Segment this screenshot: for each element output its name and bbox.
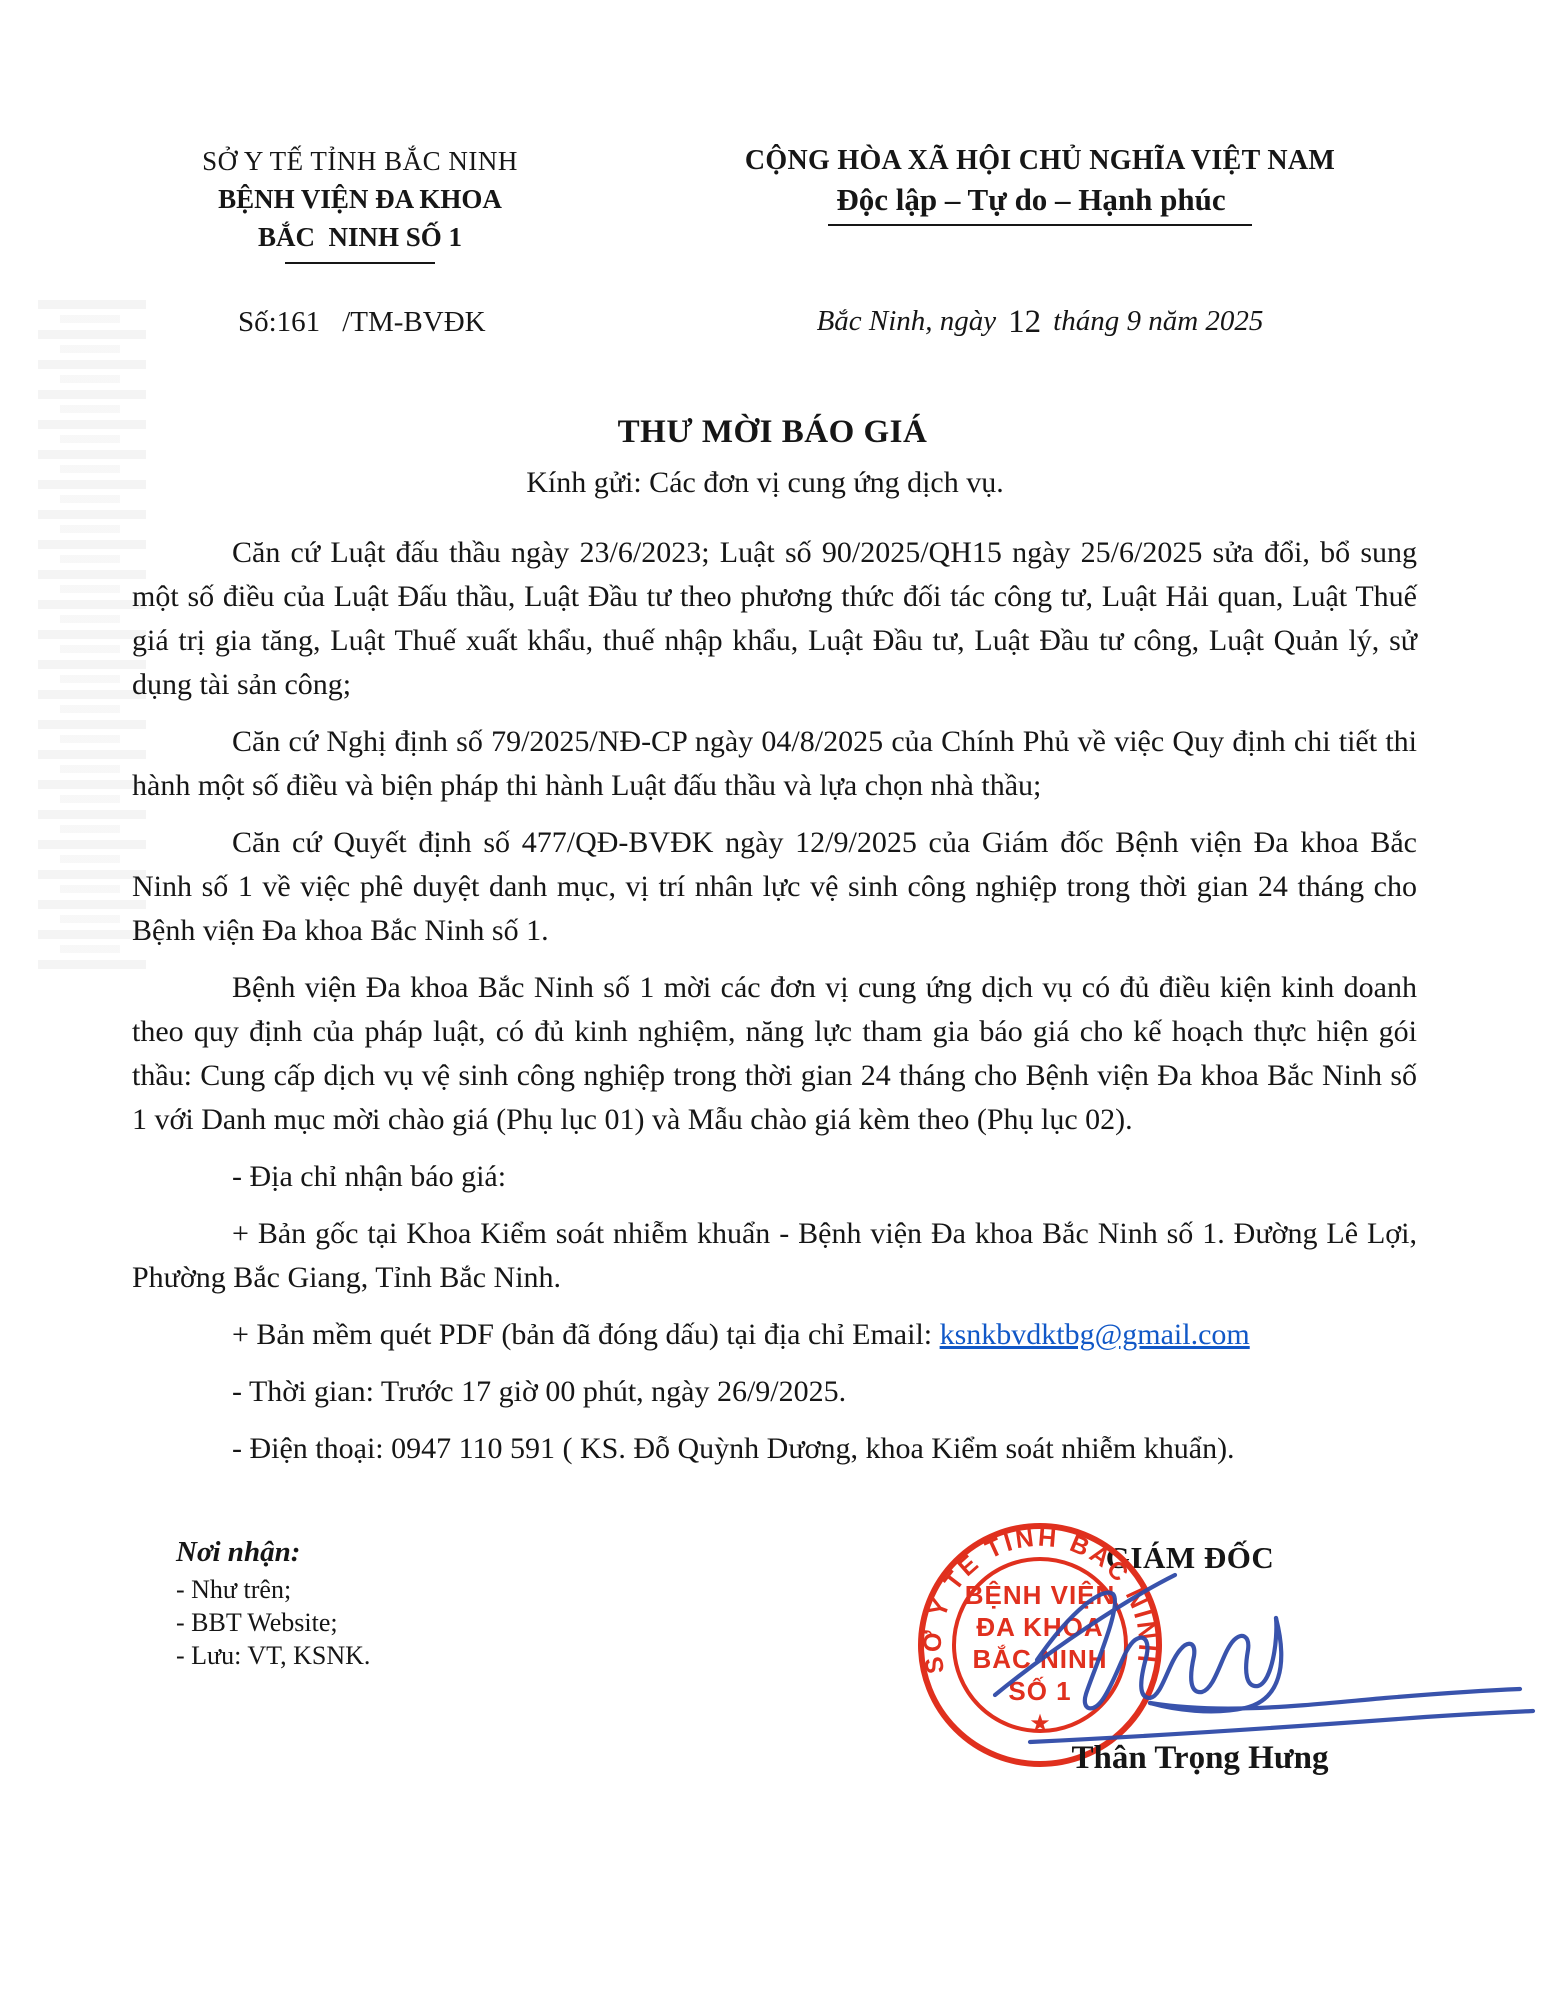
issuer-org-name: BỆNH VIỆN ĐA KHOA <box>170 180 550 218</box>
recipient-item: - BBT Website; <box>176 1606 370 1639</box>
salutation: Kính gửi: Các đơn vị cung ứng dịch vụ. <box>0 466 1530 500</box>
recipient-list: - Như trên;- BBT Website;- Lưu: VT, KSNK… <box>176 1573 370 1672</box>
recipients-block: Nơi nhận: - Như trên;- BBT Website;- Lưu… <box>176 1536 370 1672</box>
signature-stroke <box>1150 1618 1281 1711</box>
paragraph-text: + Bản mềm quét PDF (bản đã đóng dấu) tại… <box>232 1318 940 1351</box>
body-paragraphs: Căn cứ Luật đấu thầu ngày 23/6/2023; Luậ… <box>132 531 1417 1484</box>
recipient-item: - Như trên; <box>176 1573 370 1606</box>
dateline-day: 12 <box>1008 304 1041 340</box>
scan-smudge-artifact <box>38 300 146 990</box>
paragraph: Căn cứ Nghị định số 79/2025/NĐ-CP ngày 0… <box>132 720 1417 808</box>
document-dateline: Bắc Ninh, ngày12tháng 9 năm 2025 <box>670 302 1410 339</box>
paragraph: - Điện thoại: 0947 110 591 ( KS. Đỗ Quỳn… <box>132 1427 1417 1471</box>
recipient-item: - Lưu: VT, KSNK. <box>176 1639 370 1672</box>
stamp-graphic: SỞ Y TẾ TỈNH BẮC NINH BỆNH VIỆN ĐA KHOA … <box>913 1518 1167 1772</box>
document-page: SỞ Y TẾ TỈNH BẮC NINH BỆNH VIỆN ĐA KHOA … <box>0 0 1545 2000</box>
stamp-org-line1: BỆNH VIỆN <box>965 1580 1116 1610</box>
document-number-suffix: /TM-BVĐK <box>342 306 485 338</box>
paragraph: - Thời gian: Trước 17 giờ 00 phút, ngày … <box>132 1370 1417 1414</box>
official-stamp: SỞ Y TẾ TỈNH BẮC NINH BỆNH VIỆN ĐA KHOA … <box>913 1518 1167 1772</box>
signature-stroke <box>1150 1689 1520 1709</box>
national-motto-line1: CỘNG HÒA XÃ HỘI CHỦ NGHĨA VIỆT NAM <box>670 142 1410 180</box>
letterhead-issuer: SỞ Y TẾ TỈNH BẮC NINH BỆNH VIỆN ĐA KHOA … <box>170 142 550 264</box>
paragraph: Căn cứ Quyết định số 477/QĐ-BVĐK ngày 12… <box>132 821 1417 953</box>
dateline-suffix: tháng 9 năm 2025 <box>1053 305 1263 337</box>
paragraph: + Bản gốc tại Khoa Kiểm soát nhiễm khuẩn… <box>132 1212 1417 1300</box>
paragraph: - Địa chỉ nhận báo giá: <box>132 1155 1417 1199</box>
paragraph: Căn cứ Luật đấu thầu ngày 23/6/2023; Luậ… <box>132 531 1417 707</box>
letterhead-national: CỘNG HÒA XÃ HỘI CHỦ NGHĨA VIỆT NAM Độc l… <box>670 142 1410 226</box>
email-link[interactable]: ksnkbvdktbg@gmail.com <box>940 1318 1250 1351</box>
signer-name: Thân Trọng Hưng <box>1020 1740 1380 1777</box>
document-number-value: Số:161 <box>238 306 320 338</box>
page-title: THƯ MỜI BÁO GIÁ <box>0 414 1545 451</box>
national-motto-line2: Độc lập – Tự do – Hạnh phúc <box>828 180 1251 226</box>
document-number: Số:161/TM-BVĐK <box>238 306 486 339</box>
stamp-org-line4: SỐ 1 <box>1008 1676 1071 1706</box>
issuer-org-name2: BẮC NINH SỐ 1 <box>170 218 550 256</box>
paragraph: + Bản mềm quét PDF (bản đã đóng dấu) tại… <box>132 1313 1417 1357</box>
stamp-star-icon: ★ <box>1029 1711 1051 1737</box>
recipients-label: Nơi nhận: <box>176 1536 370 1569</box>
issuer-parent-org: SỞ Y TẾ TỈNH BẮC NINH <box>170 142 550 180</box>
stamp-org-line2: ĐA KHOA <box>976 1612 1103 1642</box>
stamp-org-line3: BẮC NINH <box>972 1644 1107 1674</box>
dateline-prefix: Bắc Ninh, ngày <box>817 305 997 337</box>
paragraph: Bệnh viện Đa khoa Bắc Ninh số 1 mời các … <box>132 966 1417 1142</box>
issuer-underline <box>285 262 435 264</box>
